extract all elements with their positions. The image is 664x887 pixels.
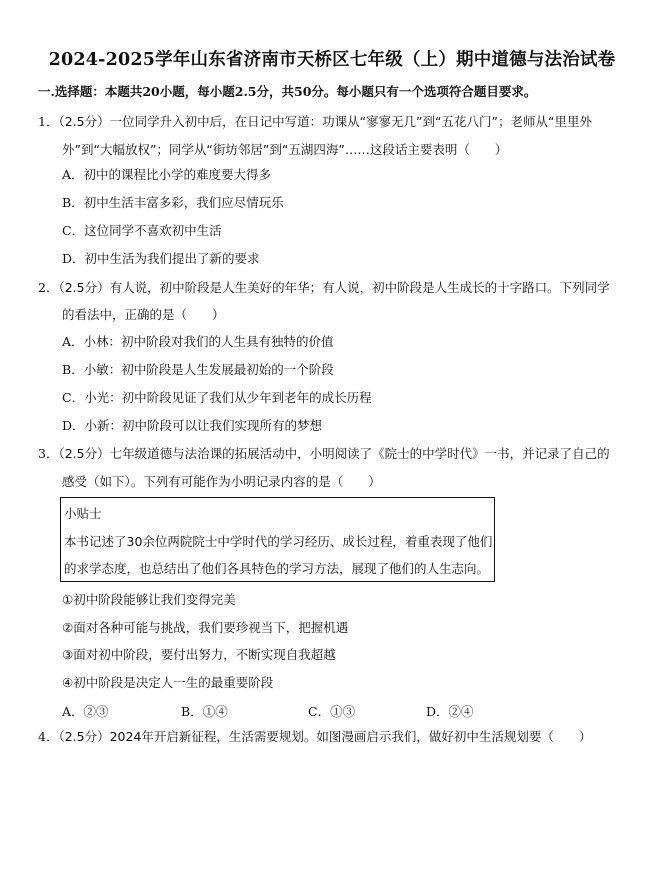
question-number: 4． — [38, 729, 58, 744]
tip-box-heading: 小贴士 — [64, 506, 102, 522]
question-3-stem-line-1: 3．（2.5分）七年级道德与法治课的拓展活动中，小明阅读了《院士的中学时代》一书… — [38, 446, 610, 462]
question-4-stem-line-1: 4．（2.5分）2024年开启新征程，生活需要规划。如图漫画启示我们，做好初中生… — [38, 729, 591, 745]
exam-title: 2024-2025学年山东省济南市天桥区七年级（上）期中道德与法治试卷 — [0, 46, 664, 71]
question-2-option-d[interactable]: D．小新：初中阶段可以让我们实现所有的梦想 — [62, 418, 322, 434]
question-number: 1． — [38, 114, 58, 129]
question-1-stem-line-1: 1．（2.5分）一位同学升入初中后，在日记中写道：功课从“寥寥无几”到“五花八门… — [38, 114, 592, 130]
statement-4: ④初中阶段是决定人一生的最重要阶段 — [62, 675, 273, 691]
question-3-option-b[interactable]: B．①④ — [181, 702, 228, 720]
question-number: 3． — [38, 446, 58, 461]
tip-box-line-2: 的求学态度，也总结出了他们各具特色的学习方法，展现了他们的人生志向。 — [64, 561, 489, 577]
statement-1: ①初中阶段能够让我们变得完美 — [62, 592, 236, 608]
question-2-option-a[interactable]: A．小林：初中阶段对我们的人生具有独特的价值 — [62, 334, 334, 350]
question-1-option-c[interactable]: C．这位同学不喜欢初中生活 — [62, 223, 222, 239]
statement-3: ③面对初中阶段，要付出努力，不断实现自我超越 — [62, 647, 336, 663]
question-2-stem-line-1: 2．（2.5分）有人说，初中阶段是人生美好的年华；有人说，初中阶段是人生成长的十… — [38, 280, 610, 296]
question-1-option-a[interactable]: A．初中的课程比小学的难度要大得多 — [62, 167, 271, 183]
question-3-stem-line-2: 感受（如下）。下列有可能作为小明记录内容的是（ ） — [62, 474, 381, 490]
question-1-option-d[interactable]: D．初中生活为我们提出了新的要求 — [62, 251, 260, 267]
question-2-option-b[interactable]: B．小敏：初中阶段是人生发展最初始的一个阶段 — [62, 362, 334, 378]
statement-2: ②面对各种可能与挑战，我们要珍视当下，把握机遇 — [62, 620, 348, 636]
section-heading: 一.选择题：本题共20小题，每小题2.5分，共50分。每小题只有一个选项符合题目… — [38, 82, 536, 100]
question-3-option-d[interactable]: D．②④ — [426, 702, 474, 720]
tip-box-line-1: 本书记述了30余位两院院士中学时代的学习经历、成长过程，着重表现了他们 — [64, 534, 492, 550]
question-3-option-a[interactable]: A．②③ — [62, 702, 109, 720]
question-3-option-c[interactable]: C．①③ — [308, 702, 355, 720]
question-2-stem-line-2: 的看法中，正确的是（ ） — [62, 307, 225, 323]
question-1-option-b[interactable]: B．初中生活丰富多彩，我们应尽情玩乐 — [62, 195, 284, 211]
question-2-option-c[interactable]: C．小光：初中阶段见证了我们从少年到老年的成长历程 — [62, 390, 372, 406]
question-number: 2． — [38, 280, 58, 295]
tip-box: 小贴士 本书记述了30余位两院院士中学时代的学习经历、成长过程，着重表现了他们 … — [60, 497, 495, 582]
question-1-stem-line-2: 外”到“大幅放权”；同学从“街坊邻居”到“五湖四海”……这段话主要表明（ ） — [62, 142, 507, 158]
